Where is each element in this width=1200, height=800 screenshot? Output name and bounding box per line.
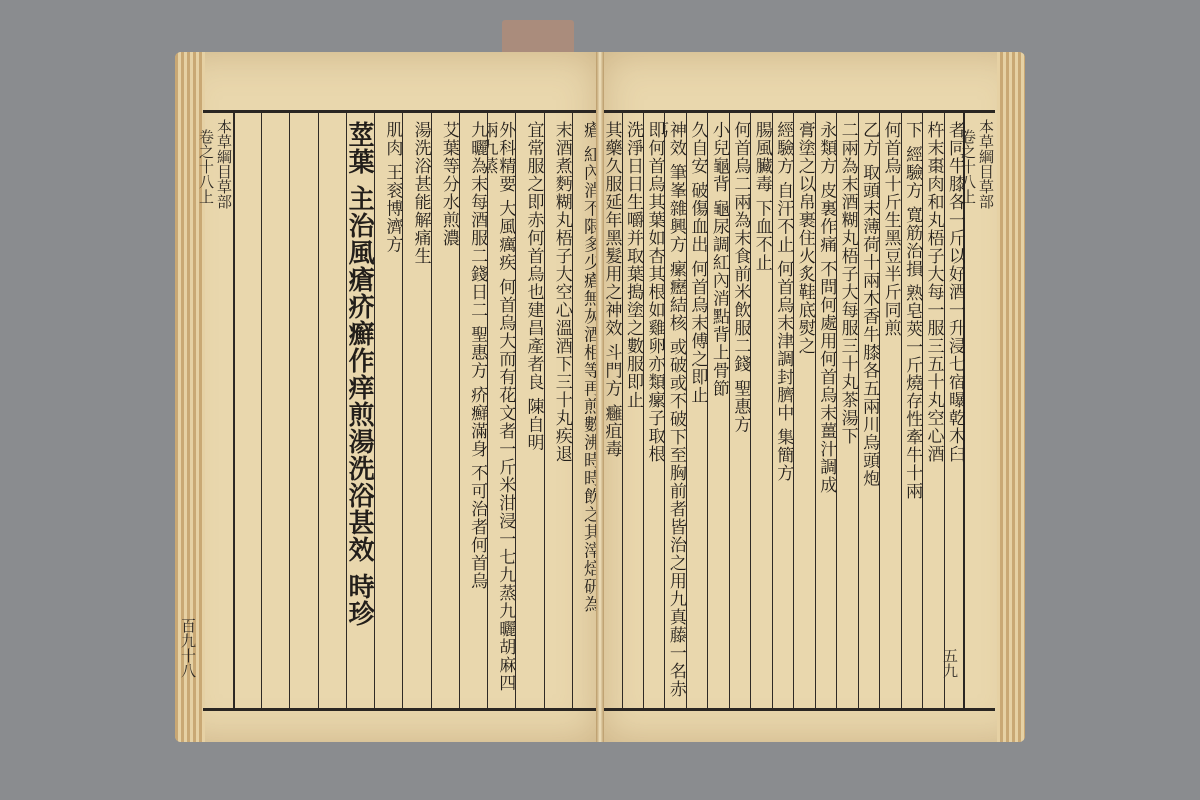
left-text-columns: 瘡 紅內消不限多少瘡無灰酒相等再煎數沸時時飲之其滓焙研為 末酒煮麪糊丸梧子大空心…	[233, 113, 600, 708]
text-column: 腸風臟毒 下血不止	[750, 113, 771, 708]
text-column: 何首烏十斤生黑豆半斤同煎	[879, 113, 900, 708]
empty-column	[318, 113, 346, 708]
text-column: 杵末棗肉和丸梧子大每一服三五十丸空心酒	[922, 113, 943, 708]
right-text-columns: 者同牛膝各一斤以好酒一升浸七宿曝乾木臼 杵末棗肉和丸梧子大每一服三五十丸空心酒 …	[600, 113, 965, 708]
right-page: 本草綱目草部 卷之十八上 五九 者同牛膝各一斤以好酒一升浸七宿曝乾木臼 杵末棗肉…	[600, 52, 1025, 742]
text-column: 下 經驗方 寬筋治損 熟皂莢一斤燒存性牽牛十兩	[901, 113, 922, 708]
empty-column	[261, 113, 289, 708]
book-gutter	[596, 52, 604, 742]
left-text-frame: 本草綱目草部 卷之十八上 百九十八 瘡 紅內消不限多少瘡無灰酒相等再煎數沸時時飲…	[203, 110, 600, 711]
left-page: 本草綱目草部 卷之十八上 百九十八 瘡 紅內消不限多少瘡無灰酒相等再煎數沸時時飲…	[175, 52, 600, 742]
text-column: 艾葉等分水煎濃	[431, 113, 459, 708]
text-column: 宜常服之即赤何首烏也建昌產者良 陳自明	[515, 113, 543, 708]
text-column: 即何首烏其葉如杏其根如雞卵亦類瘰子取根	[643, 113, 664, 708]
text-column: 外科精要 大風癘疾 何首烏大而有花文者一斤米泔浸一七九蒸九曬胡麻四兩九蒸	[487, 113, 515, 708]
text-column: 永類方 皮裏作痛 不問何處用何首烏末薑汁調成	[815, 113, 836, 708]
right-page-margin: 本草綱目草部 卷之十八上 五九	[963, 113, 995, 708]
open-book: 本草綱目草部 卷之十八上 百九十八 瘡 紅內消不限多少瘡無灰酒相等再煎數沸時時飲…	[175, 52, 1025, 747]
text-column-heading: 莖葉 主治風瘡疥癬作痒煎湯洗浴甚效 時珍	[346, 113, 374, 708]
text-column: 末酒煮麪糊丸梧子大空心溫酒下三十丸疾退	[544, 113, 572, 708]
text-column: 九曬為末每酒服二錢日二 聖惠方 疥癬滿身 不可治者何首烏	[459, 113, 487, 708]
text-column: 久自安 破傷血出 何首烏末傅之即止	[686, 113, 707, 708]
text-column: 二兩為末酒糊丸梧子大每服三十丸茶湯下	[836, 113, 857, 708]
margin-page-number: 百九十八	[179, 618, 197, 678]
text-column: 神效 筆峯雜興方 瘰癧結核 或破或不破下至胸前者皆治之用九真藤一名赤葛	[664, 113, 685, 708]
text-column: 洗淨日日生嚼并取葉搗塗之數服即止	[622, 113, 643, 708]
right-page-edges	[997, 52, 1025, 742]
left-page-margin: 本草綱目草部 卷之十八上 百九十八	[203, 113, 235, 708]
margin-book-title: 本草綱目草部	[977, 119, 995, 708]
margin-chapter: 卷之十八上	[197, 129, 215, 708]
text-column: 小兒龜背 龜尿調紅內消點背上骨節	[707, 113, 728, 708]
text-column: 何首烏二兩為末食前米飲服二錢 聖惠方	[729, 113, 750, 708]
text-column: 膏塗之以帛裹住火炙鞋底熨之	[793, 113, 814, 708]
margin-book-title: 本草綱目草部	[215, 119, 233, 708]
text-column: 乙方 取頭末薄荷十兩木香牛膝各五兩川烏頭炮	[858, 113, 879, 708]
text-column: 經驗方 自汗不止 何首烏末津調封臍中 集簡方	[772, 113, 793, 708]
text-column: 湯洗浴甚能解痛生	[402, 113, 430, 708]
empty-column	[233, 113, 261, 708]
right-text-frame: 本草綱目草部 卷之十八上 五九 者同牛膝各一斤以好酒一升浸七宿曝乾木臼 杵末棗肉…	[600, 110, 995, 711]
text-column: 肌肉 王衮博濟方	[374, 113, 402, 708]
text-column: 者同牛膝各一斤以好酒一升浸七宿曝乾木臼	[944, 113, 965, 708]
empty-column	[289, 113, 317, 708]
